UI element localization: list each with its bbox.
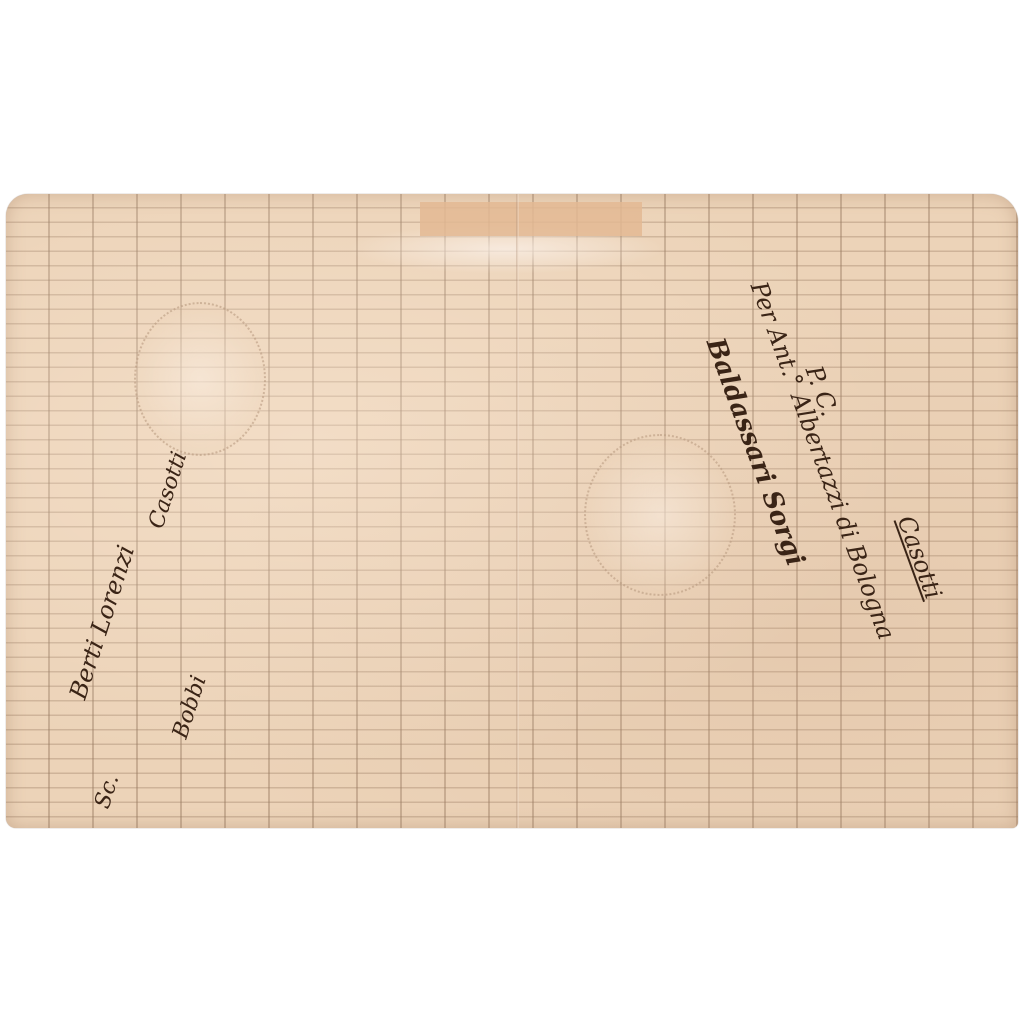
embossed-seal-left <box>134 302 266 456</box>
tape-patch <box>420 202 642 236</box>
center-fold <box>516 194 519 828</box>
embossed-seal-center <box>584 434 736 596</box>
paper-note: P. C. Per Ant.° Albertazzi di Bologna Ba… <box>6 194 1018 828</box>
